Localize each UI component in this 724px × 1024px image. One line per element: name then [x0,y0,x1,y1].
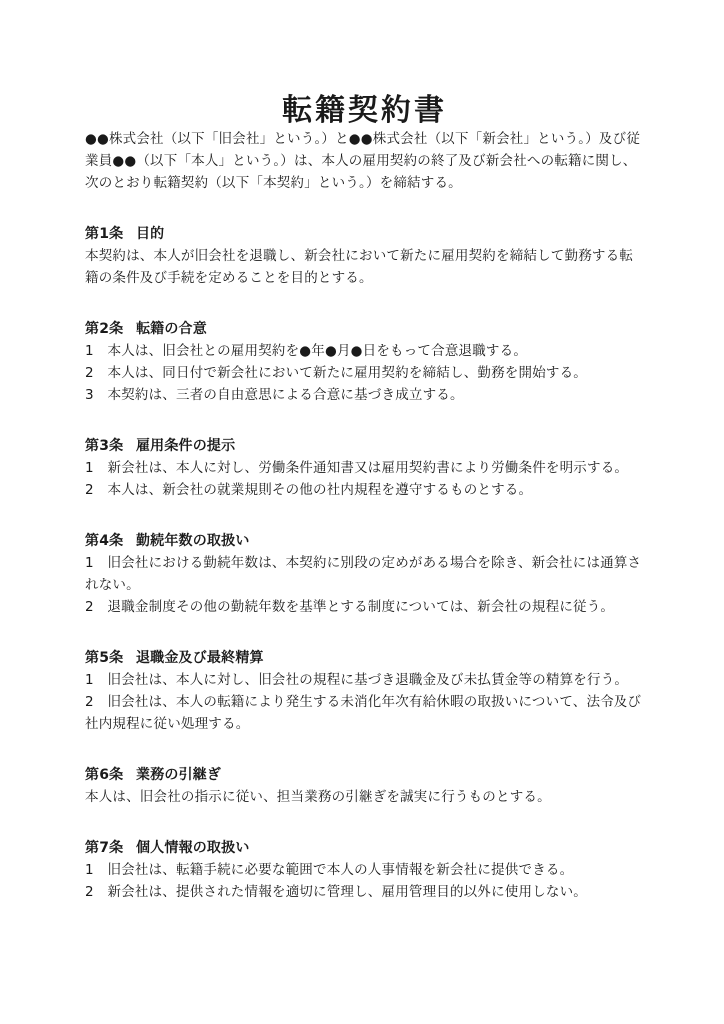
article-paragraph: 1 旧会社における勤続年数は、本契約に別段の定めがある場合を除き、新会社には通算… [85,552,644,596]
article-7: 第7条個人情報の取扱い 1 旧会社は、転籍手続に必要な範囲で本人の人事情報を新会… [85,837,644,903]
article-paragraph: 1 旧会社は、転籍手続に必要な範囲で本人の人事情報を新会社に提供できる。 [85,859,644,881]
article-paragraph: 2 本人は、同日付で新会社において新たに雇用契約を締結し、勤務を開始する。 [85,362,644,384]
article-paragraph: 2 旧会社は、本人の転籍により発生する未消化年次有給休暇の取扱いについて、法令及… [85,691,644,735]
article-heading: 第1条目的 [85,223,644,245]
article-title: 勤続年数の取扱い [136,533,250,549]
article-5: 第5条退職金及び最終精算 1 旧会社は、本人に対し、旧会社の規程に基づき退職金及… [85,647,644,735]
article-paragraph: 本人は、旧会社の指示に従い、担当業務の引継ぎを誠実に行うものとする。 [85,786,644,808]
article-heading: 第6条業務の引継ぎ [85,764,644,786]
article-paragraph: 2 退職金制度その他の勤続年数を基準とする制度については、新会社の規程に従う。 [85,596,644,618]
article-number: 第4条 [85,533,123,549]
article-title: 転籍の合意 [136,321,207,337]
article-heading: 第2条転籍の合意 [85,318,644,340]
article-heading: 第5条退職金及び最終精算 [85,647,644,669]
article-paragraph: 2 新会社は、提供された情報を適切に管理し、雇用管理目的以外に使用しない。 [85,881,644,903]
article-number: 第3条 [85,438,123,454]
article-4: 第4条勤続年数の取扱い 1 旧会社における勤続年数は、本契約に別段の定めがある場… [85,530,644,618]
article-paragraph: 1 旧会社は、本人に対し、旧会社の規程に基づき退職金及び未払賃金等の精算を行う。 [85,669,644,691]
article-number: 第6条 [85,767,123,783]
article-2: 第2条転籍の合意 1 本人は、旧会社との雇用契約を●年●月●日をもって合意退職す… [85,318,644,406]
article-title: 雇用条件の提示 [136,438,235,454]
article-paragraph: 2 本人は、新会社の就業規則その他の社内規程を遵守するものとする。 [85,479,644,501]
article-6: 第6条業務の引継ぎ 本人は、旧会社の指示に従い、担当業務の引継ぎを誠実に行うもの… [85,764,644,808]
article-paragraph: 1 本人は、旧会社との雇用契約を●年●月●日をもって合意退職する。 [85,340,644,362]
document-title: 転籍契約書 [85,0,644,128]
document-page: 転籍契約書 ●●株式会社（以下「旧会社」という。）と●●株式会社（以下「新会社」… [0,0,724,1024]
article-paragraph: 1 新会社は、本人に対し、労働条件通知書又は雇用契約書により労働条件を明示する。 [85,457,644,479]
article-title: 個人情報の取扱い [136,840,250,856]
article-number: 第2条 [85,321,123,337]
article-title: 退職金及び最終精算 [136,650,264,666]
article-heading: 第3条雇用条件の提示 [85,435,644,457]
article-title: 業務の引継ぎ [136,767,221,783]
article-heading: 第4条勤続年数の取扱い [85,530,644,552]
article-number: 第7条 [85,840,123,856]
article-paragraph: 3 本契約は、三者の自由意思による合意に基づき成立する。 [85,384,644,406]
article-1: 第1条目的 本契約は、本人が旧会社を退職し、新会社において新たに雇用契約を締結し… [85,223,644,289]
article-number: 第1条 [85,226,123,242]
article-heading: 第7条個人情報の取扱い [85,837,644,859]
article-3: 第3条雇用条件の提示 1 新会社は、本人に対し、労働条件通知書又は雇用契約書によ… [85,435,644,501]
preamble-paragraph: ●●株式会社（以下「旧会社」という。）と●●株式会社（以下「新会社」という。）及… [85,128,644,194]
article-title: 目的 [136,226,164,242]
article-paragraph: 本契約は、本人が旧会社を退職し、新会社において新たに雇用契約を締結して勤務する転… [85,245,644,289]
article-number: 第5条 [85,650,123,666]
